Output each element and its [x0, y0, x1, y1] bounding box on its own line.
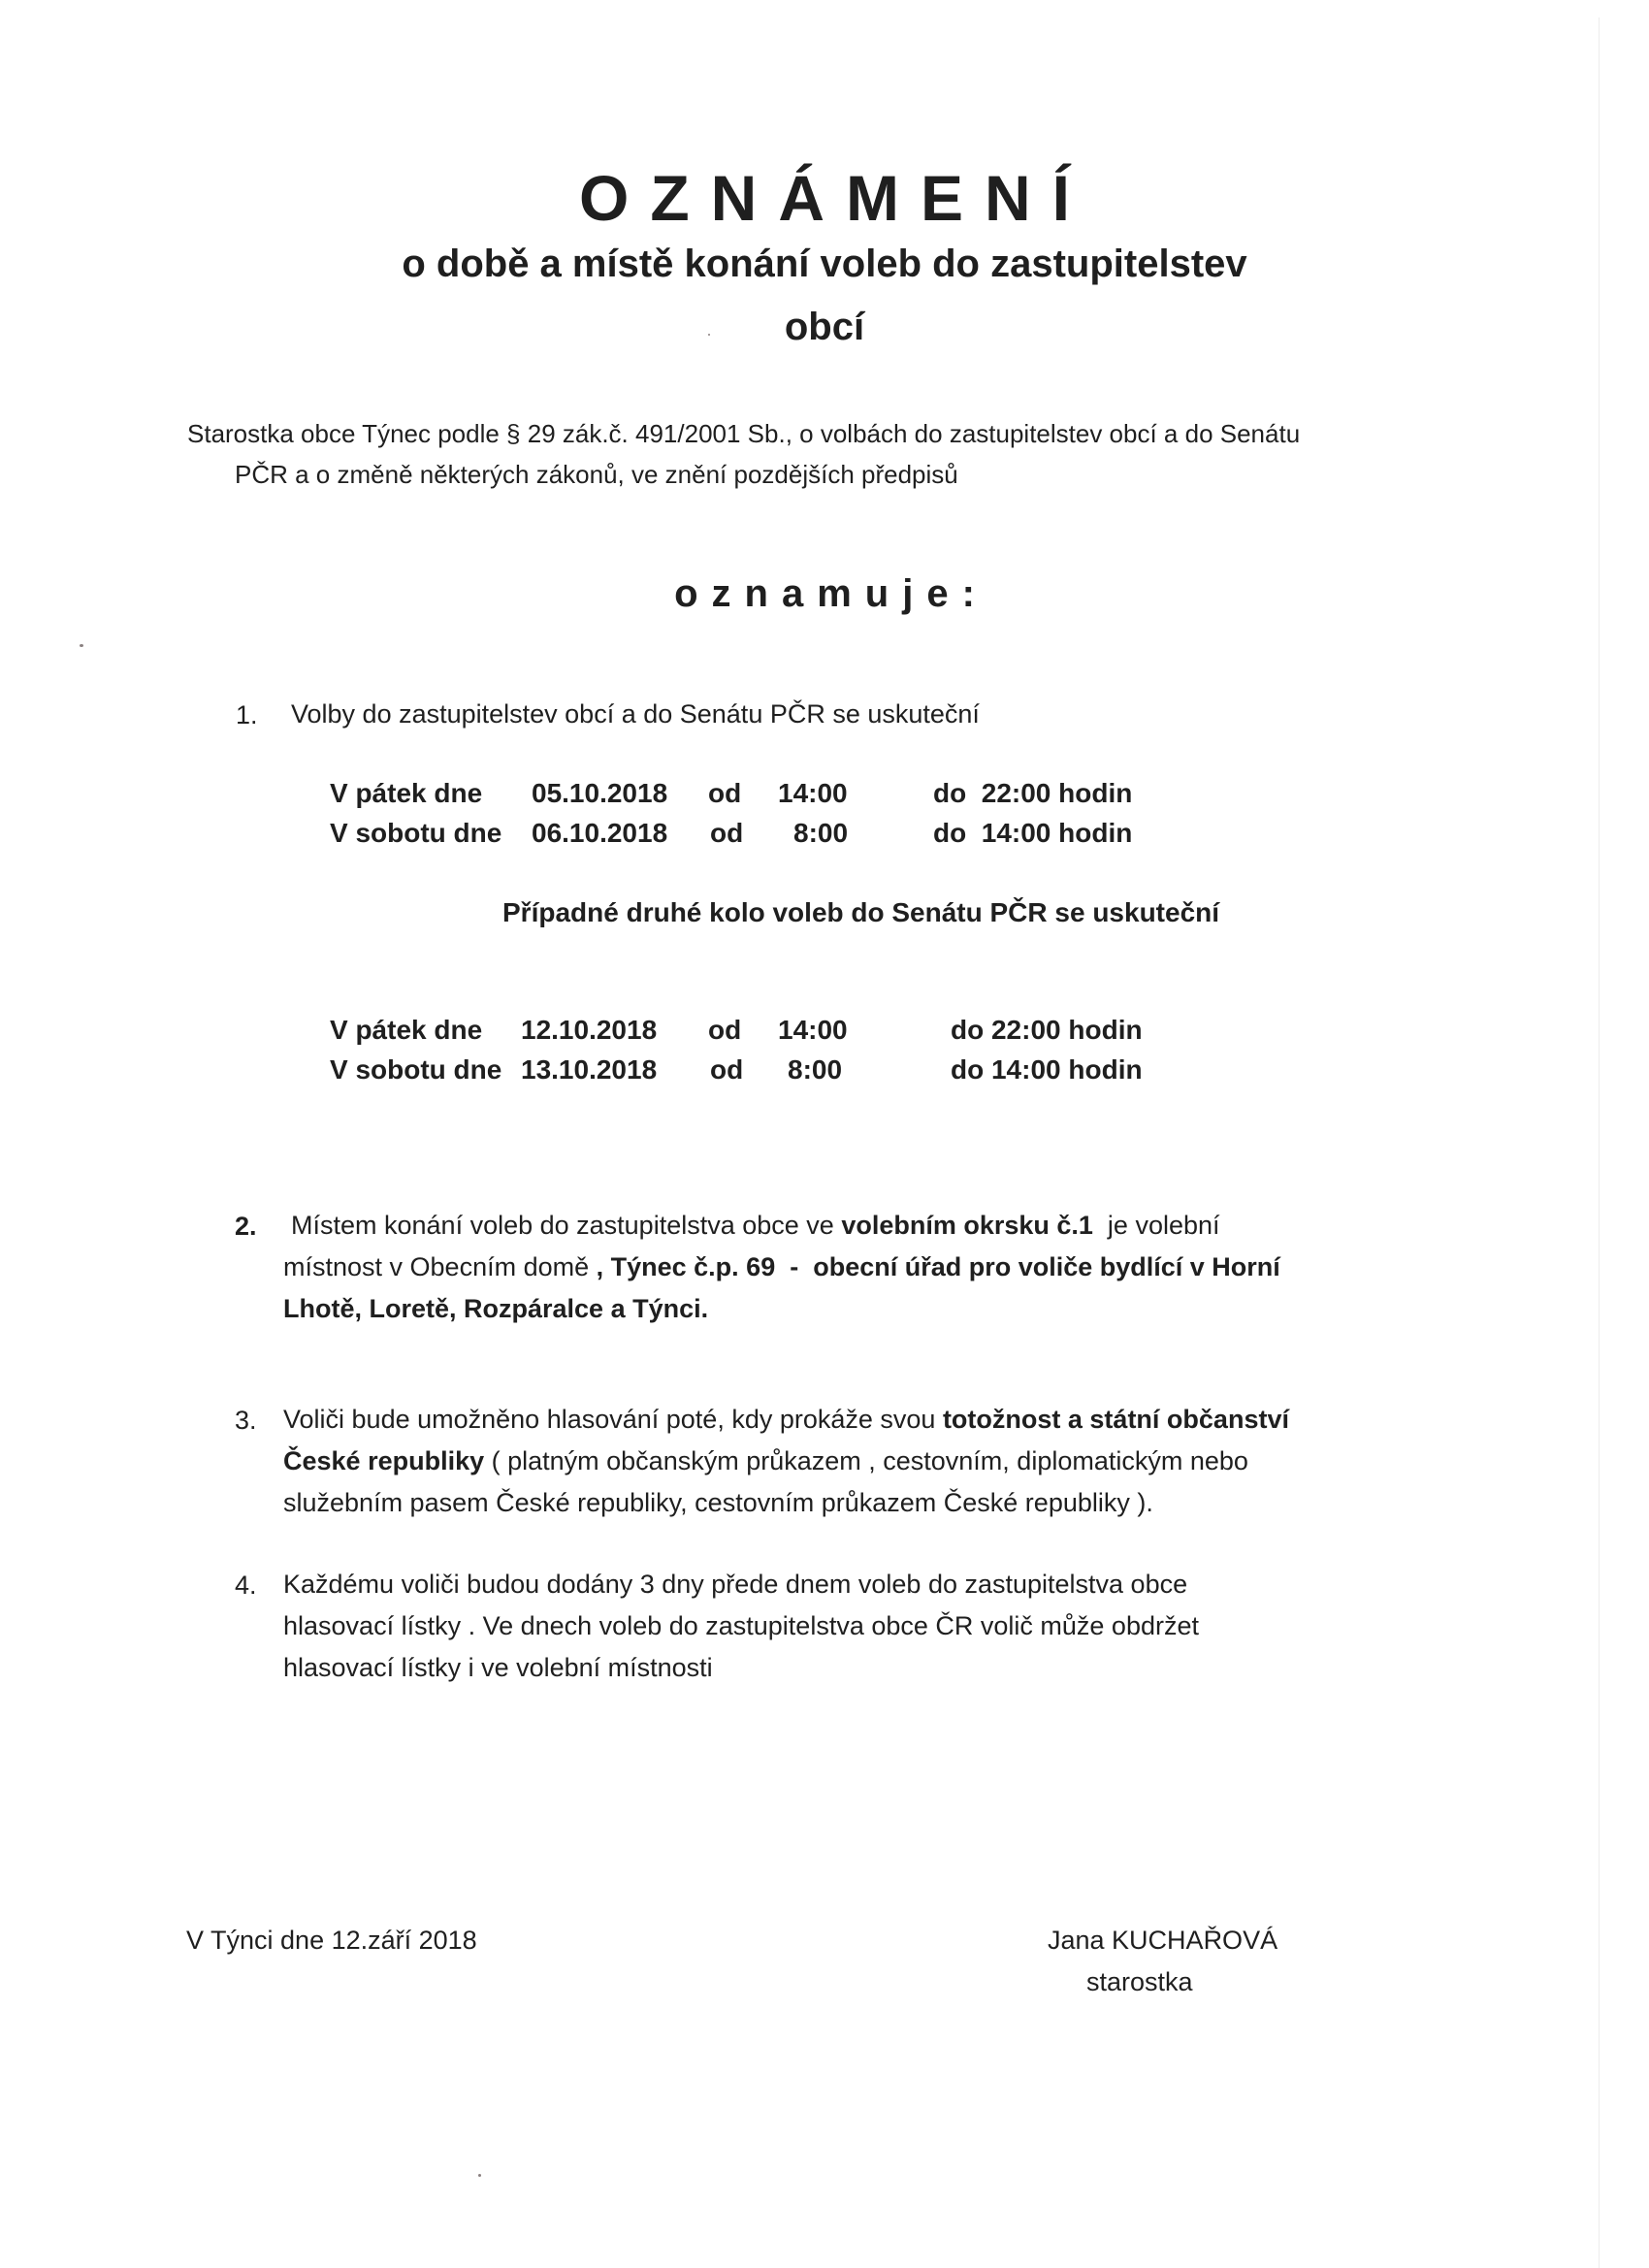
- item-text-line: hlasovací lístky i ve volební místnosti: [283, 1648, 713, 1687]
- polling-place-emphasis: , Týnec č.p. 69 - obecní úřad pro voliče…: [597, 1252, 1280, 1281]
- text-run: místnost v Obecním domě: [283, 1252, 597, 1281]
- schedule-from: 14:00: [778, 1015, 848, 1046]
- schedule-from-label: od: [710, 818, 743, 849]
- intro-text-continued: PČR a o změně některých zákonů, ve znění…: [235, 460, 958, 490]
- schedule-to: do 22:00 hodin: [951, 1015, 1143, 1046]
- schedule-date: 13.10.2018: [521, 1054, 657, 1085]
- schedule-from: 8:00: [793, 818, 848, 849]
- text-run: Voliči bude umožněno hlasování poté, kdy…: [283, 1405, 943, 1434]
- text-run: je volební: [1093, 1211, 1220, 1240]
- item-text-line: služebním pasem České republiky, cestovn…: [283, 1483, 1153, 1522]
- second-round-heading: Případné druhé kolo voleb do Senátu PČR …: [502, 897, 1219, 928]
- schedule-day: V sobotu dne: [330, 1054, 501, 1085]
- schedule-from-label: od: [708, 778, 741, 809]
- country-emphasis: České republiky: [283, 1446, 484, 1475]
- scan-speck: [478, 2174, 481, 2177]
- polling-district-emphasis: volebním okrsku č.1: [841, 1211, 1093, 1240]
- scan-speck: [80, 644, 83, 647]
- schedule-from: 14:00: [778, 778, 848, 809]
- item-text-line: České republiky ( platným občanským průk…: [283, 1442, 1248, 1480]
- schedule-date: 06.10.2018: [532, 818, 667, 849]
- schedule-to: do 14:00 hodin: [951, 1054, 1143, 1085]
- scan-edge-line: [1599, 17, 1600, 2268]
- signatory-role: starostka: [1086, 1967, 1193, 1997]
- schedule-to: do 22:00 hodin: [933, 778, 1132, 809]
- schedule-day: V pátek dne: [330, 778, 482, 809]
- announce-heading: oznamuje:: [0, 572, 1649, 616]
- item-number: 2.: [235, 1212, 257, 1242]
- item-text-line: Voliči bude umožněno hlasování poté, kdy…: [283, 1400, 1289, 1439]
- document-subtitle-continued: obcí: [0, 306, 1649, 349]
- schedule-from-label: od: [710, 1054, 743, 1085]
- text-run: ( platným občanským průkazem , cestovním…: [484, 1446, 1248, 1475]
- item-text-line: Lhotě, Loretě, Rozpáralce a Týnci.: [283, 1289, 708, 1328]
- schedule-date: 05.10.2018: [532, 778, 667, 809]
- signatory-name: Jana KUCHAŘOVÁ: [1048, 1926, 1277, 1956]
- schedule-from: 8:00: [788, 1054, 842, 1085]
- identity-emphasis: totožnost a státní občanství: [943, 1405, 1289, 1434]
- item-text: Volby do zastupitelstev obcí a do Senátu…: [291, 695, 980, 733]
- item-number: 1.: [236, 700, 258, 730]
- text-run: Místem konání voleb do zastupitelstva ob…: [291, 1211, 841, 1240]
- item-number: 4.: [235, 1571, 257, 1601]
- schedule-day: V sobotu dne: [330, 818, 501, 849]
- document-subtitle: o době a místě konání voleb do zastupite…: [0, 243, 1649, 286]
- schedule-day: V pátek dne: [330, 1015, 482, 1046]
- item-number: 3.: [235, 1406, 257, 1436]
- schedule-to: do 14:00 hodin: [933, 818, 1132, 849]
- schedule-date: 12.10.2018: [521, 1015, 657, 1046]
- intro-text: Starostka obce Týnec podle § 29 zák.č. 4…: [187, 419, 1300, 449]
- item-text-line: hlasovací lístky . Ve dnech voleb do zas…: [283, 1606, 1199, 1645]
- item-text-line: místnost v Obecním domě , Týnec č.p. 69 …: [283, 1247, 1280, 1286]
- item-text-line: Každému voliči budou dodány 3 dny přede …: [283, 1565, 1187, 1604]
- item-text-line: Místem konání voleb do zastupitelstva ob…: [291, 1206, 1220, 1245]
- place-and-date: V Týnci dne 12.září 2018: [186, 1926, 477, 1956]
- document-title: OZNÁMENÍ: [0, 161, 1649, 235]
- schedule-from-label: od: [708, 1015, 741, 1046]
